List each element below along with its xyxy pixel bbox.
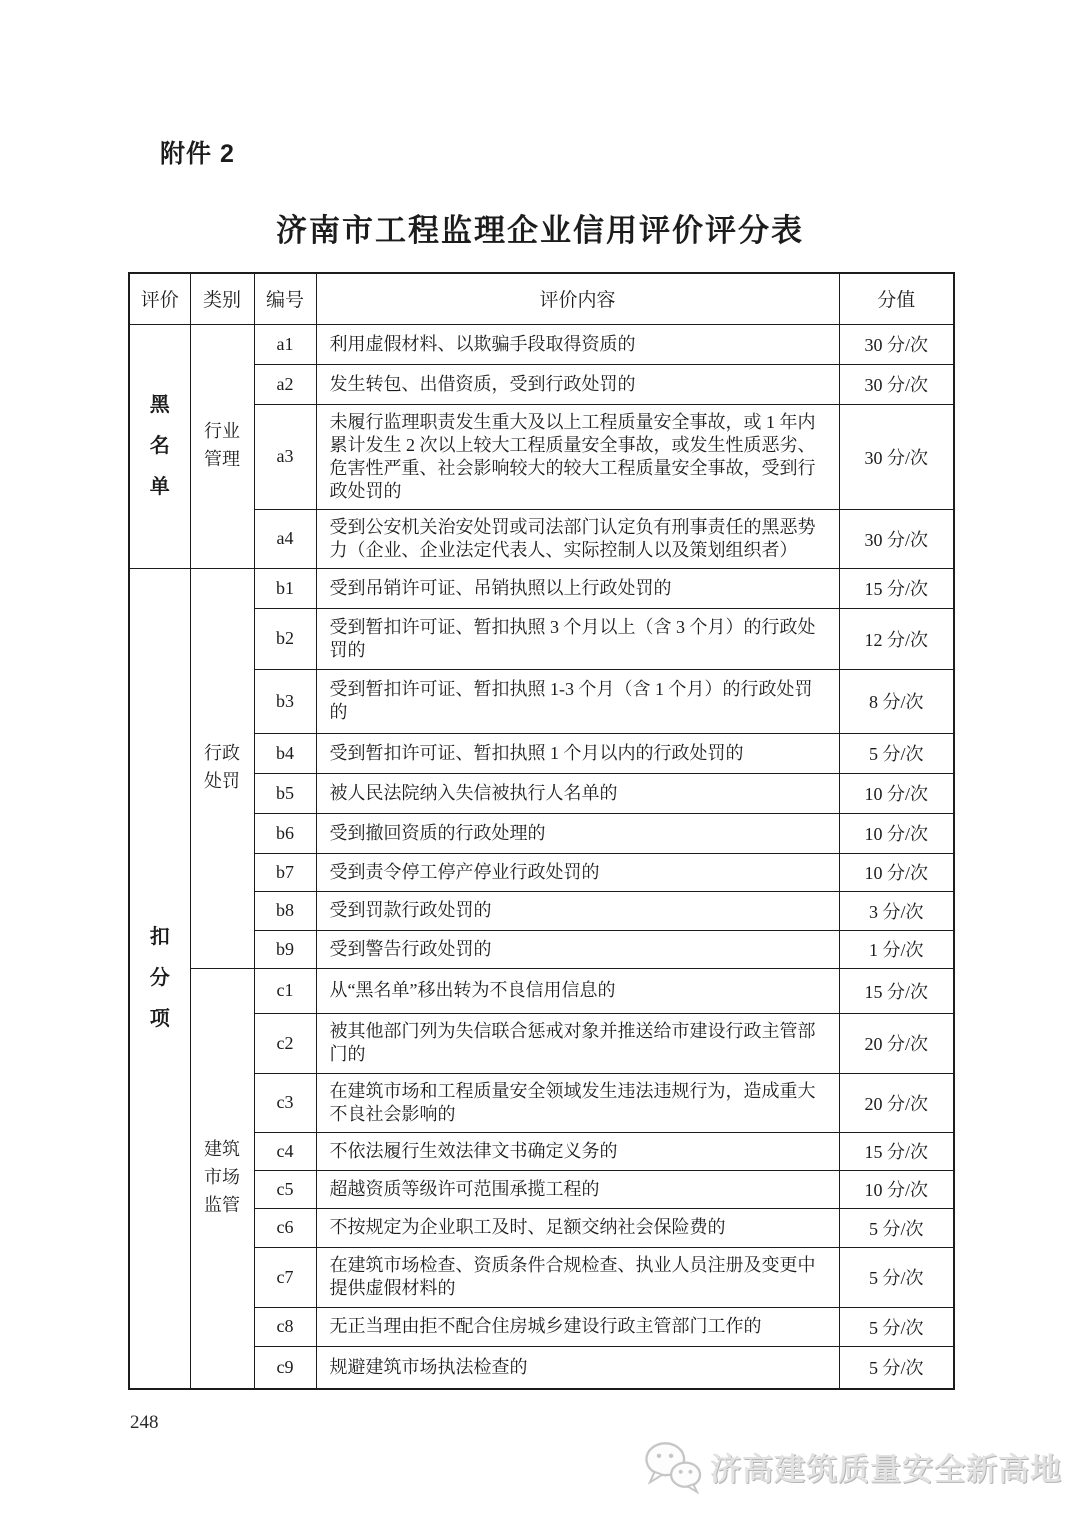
category-label-text: 行业管理: [202, 418, 242, 474]
row-score: 15 分/次: [839, 568, 954, 608]
row-code: b5: [254, 773, 316, 813]
category-label-construction-market-supervision: 建筑市场监管: [190, 968, 254, 1389]
row-code: b8: [254, 891, 316, 930]
row-content: 在建筑市场检查、资质条件合规检查、执业人员注册及变更中提供虚假材料的: [316, 1247, 839, 1307]
score-table-container: 评价 类别 编号 评价内容 分值 黑名单 行业管理 a1 利用虚假材料、以欺骗手…: [128, 272, 955, 1390]
row-content: 被人民法院纳入失信被执行人名单的: [316, 773, 839, 813]
row-score: 30 分/次: [839, 404, 954, 509]
row-score: 15 分/次: [839, 968, 954, 1013]
group-label-deduction-items: 扣分项: [129, 568, 190, 1389]
row-content: 被其他部门列为失信联合惩戒对象并推送给市建设行政主管部门的: [316, 1013, 839, 1073]
header-code: 编号: [254, 273, 316, 324]
row-code: c4: [254, 1132, 316, 1170]
row-code: c1: [254, 968, 316, 1013]
table-row: 建筑市场监管 c1 从“黑名单”移出转为不良信用信息的 15 分/次: [129, 968, 954, 1013]
header-evaluation: 评价: [129, 273, 190, 324]
row-content: 利用虚假材料、以欺骗手段取得资质的: [316, 324, 839, 364]
row-score: 10 分/次: [839, 1170, 954, 1208]
row-code: c5: [254, 1170, 316, 1208]
row-code: c9: [254, 1346, 316, 1389]
row-content: 超越资质等级许可范围承揽工程的: [316, 1170, 839, 1208]
row-code: c6: [254, 1208, 316, 1247]
header-content: 评价内容: [316, 273, 839, 324]
row-content: 受到公安机关治安处罚或司法部门认定负有刑事责任的黑恶势力（企业、企业法定代表人、…: [316, 509, 839, 568]
row-score: 3 分/次: [839, 891, 954, 930]
category-label-text: 行政处罚: [202, 740, 242, 796]
row-content: 受到暂扣许可证、暂扣执照 1 个月以内的行政处罚的: [316, 733, 839, 773]
score-table: 评价 类别 编号 评价内容 分值 黑名单 行业管理 a1 利用虚假材料、以欺骗手…: [128, 272, 955, 1390]
row-code: a1: [254, 324, 316, 364]
row-code: c2: [254, 1013, 316, 1073]
category-label-industry-management: 行业管理: [190, 324, 254, 568]
row-content: 规避建筑市场执法检查的: [316, 1346, 839, 1389]
row-score: 12 分/次: [839, 608, 954, 669]
category-label-administrative-penalty: 行政处罚: [190, 568, 254, 968]
row-content: 未履行监理职责发生重大及以上工程质量安全事故，或 1 年内累计发生 2 次以上较…: [316, 404, 839, 509]
row-code: b9: [254, 930, 316, 968]
row-code: c8: [254, 1307, 316, 1346]
row-code: b6: [254, 813, 316, 853]
row-code: a3: [254, 404, 316, 509]
row-content: 从“黑名单”移出转为不良信用信息的: [316, 968, 839, 1013]
table-row: 黑名单 行业管理 a1 利用虚假材料、以欺骗手段取得资质的 30 分/次: [129, 324, 954, 364]
row-code: b1: [254, 568, 316, 608]
row-content: 不按规定为企业职工及时、足额交纳社会保险费的: [316, 1208, 839, 1247]
row-content: 受到罚款行政处罚的: [316, 891, 839, 930]
attachment-label: 附件 2: [160, 134, 235, 170]
row-code: b4: [254, 733, 316, 773]
row-code: b7: [254, 853, 316, 891]
row-content: 受到警告行政处罚的: [316, 930, 839, 968]
group-label-text: 黑名单: [147, 385, 172, 508]
row-code: c7: [254, 1247, 316, 1307]
row-score: 30 分/次: [839, 364, 954, 404]
row-content: 发生转包、出借资质，受到行政处罚的: [316, 364, 839, 404]
watermark: 济高建筑质量安全新高地: [642, 1438, 1062, 1494]
row-score: 5 分/次: [839, 1247, 954, 1307]
page-number: 248: [130, 1412, 159, 1434]
row-code: b2: [254, 608, 316, 669]
row-content: 受到吊销许可证、吊销执照以上行政处罚的: [316, 568, 839, 608]
row-score: 10 分/次: [839, 773, 954, 813]
row-score: 10 分/次: [839, 813, 954, 853]
row-code: a4: [254, 509, 316, 568]
category-label-text: 建筑市场监管: [202, 1136, 242, 1220]
row-content: 不依法履行生效法律文书确定义务的: [316, 1132, 839, 1170]
wechat-icon: [642, 1438, 704, 1494]
watermark-text: 济高建筑质量安全新高地: [710, 1444, 1062, 1489]
row-content: 受到暂扣许可证、暂扣执照 3 个月以上（含 3 个月）的行政处罚的: [316, 608, 839, 669]
header-category: 类别: [190, 273, 254, 324]
row-score: 15 分/次: [839, 1132, 954, 1170]
row-code: c3: [254, 1073, 316, 1132]
row-score: 5 分/次: [839, 733, 954, 773]
row-content: 受到责令停工停产停业行政处罚的: [316, 853, 839, 891]
row-code: b3: [254, 669, 316, 733]
row-score: 5 分/次: [839, 1307, 954, 1346]
page-title: 济南市工程监理企业信用评价评分表: [0, 205, 1080, 250]
row-score: 30 分/次: [839, 324, 954, 364]
row-content: 无正当理由拒不配合住房城乡建设行政主管部门工作的: [316, 1307, 839, 1346]
header-score: 分值: [839, 273, 954, 324]
row-content: 在建筑市场和工程质量安全领域发生违法违规行为，造成重大不良社会影响的: [316, 1073, 839, 1132]
group-label-text: 扣分项: [147, 917, 172, 1040]
row-score: 8 分/次: [839, 669, 954, 733]
row-score: 5 分/次: [839, 1208, 954, 1247]
row-score: 30 分/次: [839, 509, 954, 568]
row-content: 受到暂扣许可证、暂扣执照 1-3 个月（含 1 个月）的行政处罚的: [316, 669, 839, 733]
table-header-row: 评价 类别 编号 评价内容 分值: [129, 273, 954, 324]
row-score: 20 分/次: [839, 1013, 954, 1073]
row-score: 5 分/次: [839, 1346, 954, 1389]
row-score: 20 分/次: [839, 1073, 954, 1132]
row-content: 受到撤回资质的行政处理的: [316, 813, 839, 853]
group-label-blacklist: 黑名单: [129, 324, 190, 568]
row-score: 10 分/次: [839, 853, 954, 891]
row-score: 1 分/次: [839, 930, 954, 968]
row-code: a2: [254, 364, 316, 404]
table-row: 扣分项 行政处罚 b1 受到吊销许可证、吊销执照以上行政处罚的 15 分/次: [129, 568, 954, 608]
